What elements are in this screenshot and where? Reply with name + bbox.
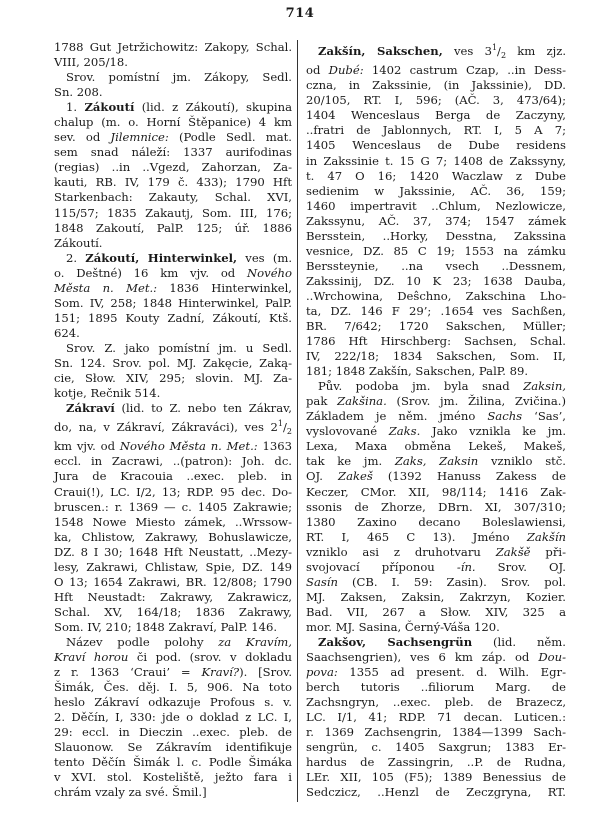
text-line: heslo Zákraví odkazuje Profous s. v. — [54, 695, 292, 710]
text-line: Bad. VII, 267 a Słow. XIV, 325 a — [306, 605, 566, 620]
text-line: BR. 7/642; 1720 Sakschen, Müller; — [306, 319, 566, 334]
text-line: o. Deštné) 16 km vjv. od Nového — [54, 266, 292, 281]
text-line: ..Wrchowina, Deŝchno, Zakschina Lho- — [306, 289, 566, 304]
text-line: t. 47 O 16; 1420 Waczlaw z Dube — [306, 169, 566, 184]
text-line: bruscen.: r. 1369 — c. 1405 Zakrawie; — [54, 500, 292, 515]
text-line: Název podle polohy za Kravím, — [54, 635, 292, 650]
text-line: od Dubé: 1402 castrum Czap, ..in Dess- — [306, 63, 566, 78]
text-line: tento Děčín Šimák l. c. Podle Šimáka — [54, 755, 292, 770]
text-line: cie, Słow. XIV, 295; slovin. MJ. Za- — [54, 371, 292, 386]
text-line: v XVI. stol. Kosteliště, ježto fara i — [54, 770, 292, 785]
text-line: Slauonow. Se Zákravím identifikuje — [54, 740, 292, 755]
text-line: OJ. Zakeš (1392 Hanuss Zakess de — [306, 469, 566, 484]
text-line: kauti, RB. IV, 179 č. 433); 1790 Hft — [54, 175, 292, 190]
text-line: Zachsngryn, ..exec. pleb. de Brazecz, — [306, 695, 566, 710]
text-line: 181; 1848 Zakšín, Sakschen, PalP. 89. — [306, 364, 566, 379]
text-line: chalup (m. o. Horní Štěpanice) 4 km — [54, 115, 292, 130]
text-line: RT. I, 465 C 13). Jméno Zakšín — [306, 530, 566, 545]
text-line: Srov. Z. jako pomístní jm. u Sedl. — [54, 341, 292, 356]
left-column: 1788 Gut Jetržichowitz: Zakopy, Schal.VI… — [54, 40, 292, 801]
text-line: ka, Chlistow, Zakrawy, Bohuslawicze, — [54, 530, 292, 545]
text-line: Craui(!), LC. I/2, 13; RDP. 95 dec. Do- — [54, 485, 292, 500]
text-line: Jura de Kracouia ..exec. pleb. in — [54, 469, 292, 484]
text-line: 1786 Hft Hirschberg: Sachsen, Schal. — [306, 334, 566, 349]
text-line: 1380 Zaxino decano Boleslawiensi, — [306, 515, 566, 530]
text-line: Šimák, Čes. děj. I. 5, 906. Na toto — [54, 680, 292, 695]
text-line: Sn. 124. Srov. pol. MJ. Zakęcie, Zaką- — [54, 356, 292, 371]
text-line: kotje, Rečnik 514. — [54, 386, 292, 401]
text-line: IV, 222/18; 1834 Sakschen, Som. II, — [306, 349, 566, 364]
text-line: (regias) ..in ..Vgezd, Zahorzan, Za- — [54, 160, 292, 175]
text-line: MJ. Zaksen, Zaksin, Zakrzyn, Kozier. — [306, 590, 566, 605]
text-line: sengrün, c. 1405 Saxgrun; 1383 Er- — [306, 740, 566, 755]
text-line: r. 1369 Zachsengrin, 1384—1399 Sach- — [306, 725, 566, 740]
text-line: O 13; 1654 Zakrawi, BR. 12/808; 1790 — [54, 575, 292, 590]
text-line: do, na, v Zákraví, Zákraváci), ves 21/2 — [54, 416, 292, 439]
text-line: Zakšín, Sakschen, ves 31/2 km zjz. — [306, 40, 566, 63]
text-line: Lexa, Maxa obměna Lekeš, Makeš, — [306, 439, 566, 454]
text-line: vyslovované Zaks. Jako vznikla ke jm. — [306, 424, 566, 439]
text-line: in Zakssinie t. 15 G 7; 1408 de Zakssyny… — [306, 154, 566, 169]
text-line: Zakšov, Sachsengrün (lid. něm. — [306, 635, 566, 650]
text-line: Berssteynie, ..na vsech ..Dessnem, — [306, 259, 566, 274]
text-line: sev. od Jilemnice: (Podle Sedl. mat. — [54, 130, 292, 145]
text-line: VIII, 205/18. — [54, 55, 292, 70]
text-line: 1405 Wenceslaus de Dube residens — [306, 138, 566, 153]
text-line: Pův. podoba jm. byla snad Zaksin, — [306, 379, 566, 394]
text-line: Základem je něm. jméno Sachs ‘Sas’, — [306, 409, 566, 424]
text-line: Sasín (CB. I. 59: Zasin). Srov. pol. — [306, 575, 566, 590]
text-line: 1848 Zakoutí, PalP. 125; úř. 1886 — [54, 221, 292, 236]
text-line: Hft Neustadt: Zakrawy, Zakrawicz, — [54, 590, 292, 605]
text-line: Saachsengrien), ves 6 km záp. od Dou- — [306, 650, 566, 665]
page-number: 714 — [0, 6, 600, 21]
text-line: Zákraví (lid. to Z. nebo ten Zákrav, — [54, 401, 292, 416]
text-line: czna, in Zakssinie, (in Jakssinie), DD. — [306, 78, 566, 93]
text-line: Sn. 208. — [54, 85, 292, 100]
text-line: Srov. pomístní jm. Zákopy, Sedl. — [54, 70, 292, 85]
text-line: Keczer, CMor. XII, 98/114; 1416 Zak- — [306, 485, 566, 500]
text-line: 2. Zákoutí, Hinterwinkel, ves (m. — [54, 251, 292, 266]
text-line: hardus de Zassingrin, ..P. de Rudna, — [306, 755, 566, 770]
text-line: 624. — [54, 326, 292, 341]
text-line: eccl. in Zacrawi, ..(patron): Joh. dc. — [54, 454, 292, 469]
text-line: tak ke jm. Zaks, Zaksin vzniklo stč. — [306, 454, 566, 469]
text-line: Som. IV, 210; 1848 Zakraví, PalP. 146. — [54, 620, 292, 635]
text-line: Som. IV, 258; 1848 Hinterwinkel, PalP. — [54, 296, 292, 311]
text-line: pak Zakšina. (Srov. jm. Žilina, Zvičina.… — [306, 394, 566, 409]
text-line: ..fratri de Jablonnych, RT. I, 5 A 7; — [306, 123, 566, 138]
text-line: DZ. 8 I 30; 1648 Hft Neustatt, ..Mezy- — [54, 545, 292, 560]
text-line: ssonis de Zhorze, DBrn. XI, 307/310; — [306, 500, 566, 515]
text-line: Schal. XV, 164/18; 1836 Zakrawy, — [54, 605, 292, 620]
text-line: mor. MJ. Sasina, Černý-Váša 120. — [306, 620, 566, 635]
text-line: LC. I/1, 41; RDP. 71 decan. Luticen.: — [306, 710, 566, 725]
text-line: Sedczicz, ..Henzl de Zeczgryna, RT. — [306, 785, 566, 800]
text-line: vzniklo asi z druhotvaru Zakšě při- — [306, 545, 566, 560]
text-line: 151; 1895 Kouty Zadní, Zákoutí, Ktš. — [54, 311, 292, 326]
text-line: svojovací příponou -ín. Srov. OJ. — [306, 560, 566, 575]
text-line: 1404 Wenceslaus Berga de Zaczyny, — [306, 108, 566, 123]
text-line: pova: 1355 ad present. d. Wilh. Egr- — [306, 665, 566, 680]
text-line: Starkenbach: Zakauty, Schal. XVI, — [54, 190, 292, 205]
text-line: vesnice, DZ. 85 C 19; 1553 na zámku — [306, 244, 566, 259]
text-line: Zakssinij, DZ. 10 K 23; 1638 Dauba, — [306, 274, 566, 289]
text-line: 1460 impertravit ..Chlum, Nezlowicze, — [306, 199, 566, 214]
text-line: chrám vzaly za své. Šmil.] — [54, 785, 292, 800]
text-line: 20/105, RT. I, 596; (AČ. 3, 473/64); — [306, 93, 566, 108]
text-line: LEr. XII, 105 (F5); 1389 Benessius de — [306, 770, 566, 785]
text-line: Kraví horou či pod. (srov. v dokladu — [54, 650, 292, 665]
text-line: Města n. Met.: 1836 Hinterwinkel, — [54, 281, 292, 296]
column-divider — [297, 40, 298, 802]
text-line: Zakssynu, AČ. 37, 374; 1547 zámek — [306, 214, 566, 229]
text-line: Bersstein, ..Horky, Desstna, Zakssina — [306, 229, 566, 244]
text-line: berch tutoris ..filiorum Marg. de — [306, 680, 566, 695]
text-line: ta, DZ. 146 F 29’; .1654 ves Sachßen, — [306, 304, 566, 319]
text-line: 1548 Nowe Miesto zámek, ..Wrssow- — [54, 515, 292, 530]
text-line: Zákoutí. — [54, 236, 292, 251]
text-line: z r. 1363 ‘Craui’ = Kraví?). [Srov. — [54, 665, 292, 680]
text-line: sem snad náleží: 1337 aurifodinas — [54, 145, 292, 160]
text-line: 115/57; 1835 Zakautj, Som. III, 176; — [54, 206, 292, 221]
text-line: km vjv. od Nového Města n. Met.: 1363 — [54, 439, 292, 454]
text-line: 1788 Gut Jetržichowitz: Zakopy, Schal. — [54, 40, 292, 55]
text-line: lesy, Zakrawi, Chlistaw, Spie, DZ. 149 — [54, 560, 292, 575]
text-line: sedienim w Jakssinie, AČ. 36, 159; — [306, 184, 566, 199]
right-column: Zakšín, Sakschen, ves 31/2 km zjz.od Dub… — [306, 40, 566, 801]
text-line: 29: eccl. in Dieczin ..exec. pleb. de — [54, 725, 292, 740]
text-line: 2. Děčín, I, 330: jde o doklad z LC. I, — [54, 710, 292, 725]
text-line: 1. Zákoutí (lid. z Zákoutí), skupina — [54, 100, 292, 115]
